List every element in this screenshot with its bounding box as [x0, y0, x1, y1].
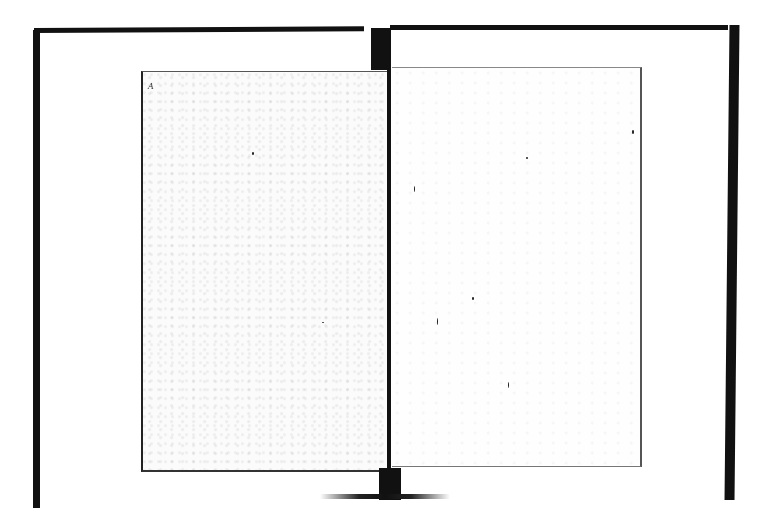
paper-speck	[414, 186, 415, 192]
left-page	[141, 71, 391, 472]
book-spine-top	[371, 28, 391, 70]
paper-speck	[472, 297, 474, 300]
paper-speck	[632, 130, 634, 134]
paper-speck	[437, 318, 438, 325]
paper-speck	[252, 152, 254, 155]
paper-speck	[526, 157, 528, 159]
book-spine-foot	[320, 494, 450, 499]
right-page	[392, 67, 642, 467]
scan-frame-top-left	[34, 26, 364, 33]
paper-speck	[322, 322, 324, 323]
scan-frame-right	[725, 25, 740, 500]
scan-frame-left	[33, 30, 40, 508]
book-gutter	[387, 66, 391, 470]
scan-frame-top-right	[390, 25, 728, 30]
paper-speck	[508, 382, 509, 388]
left-page-mark: A	[148, 82, 154, 91]
